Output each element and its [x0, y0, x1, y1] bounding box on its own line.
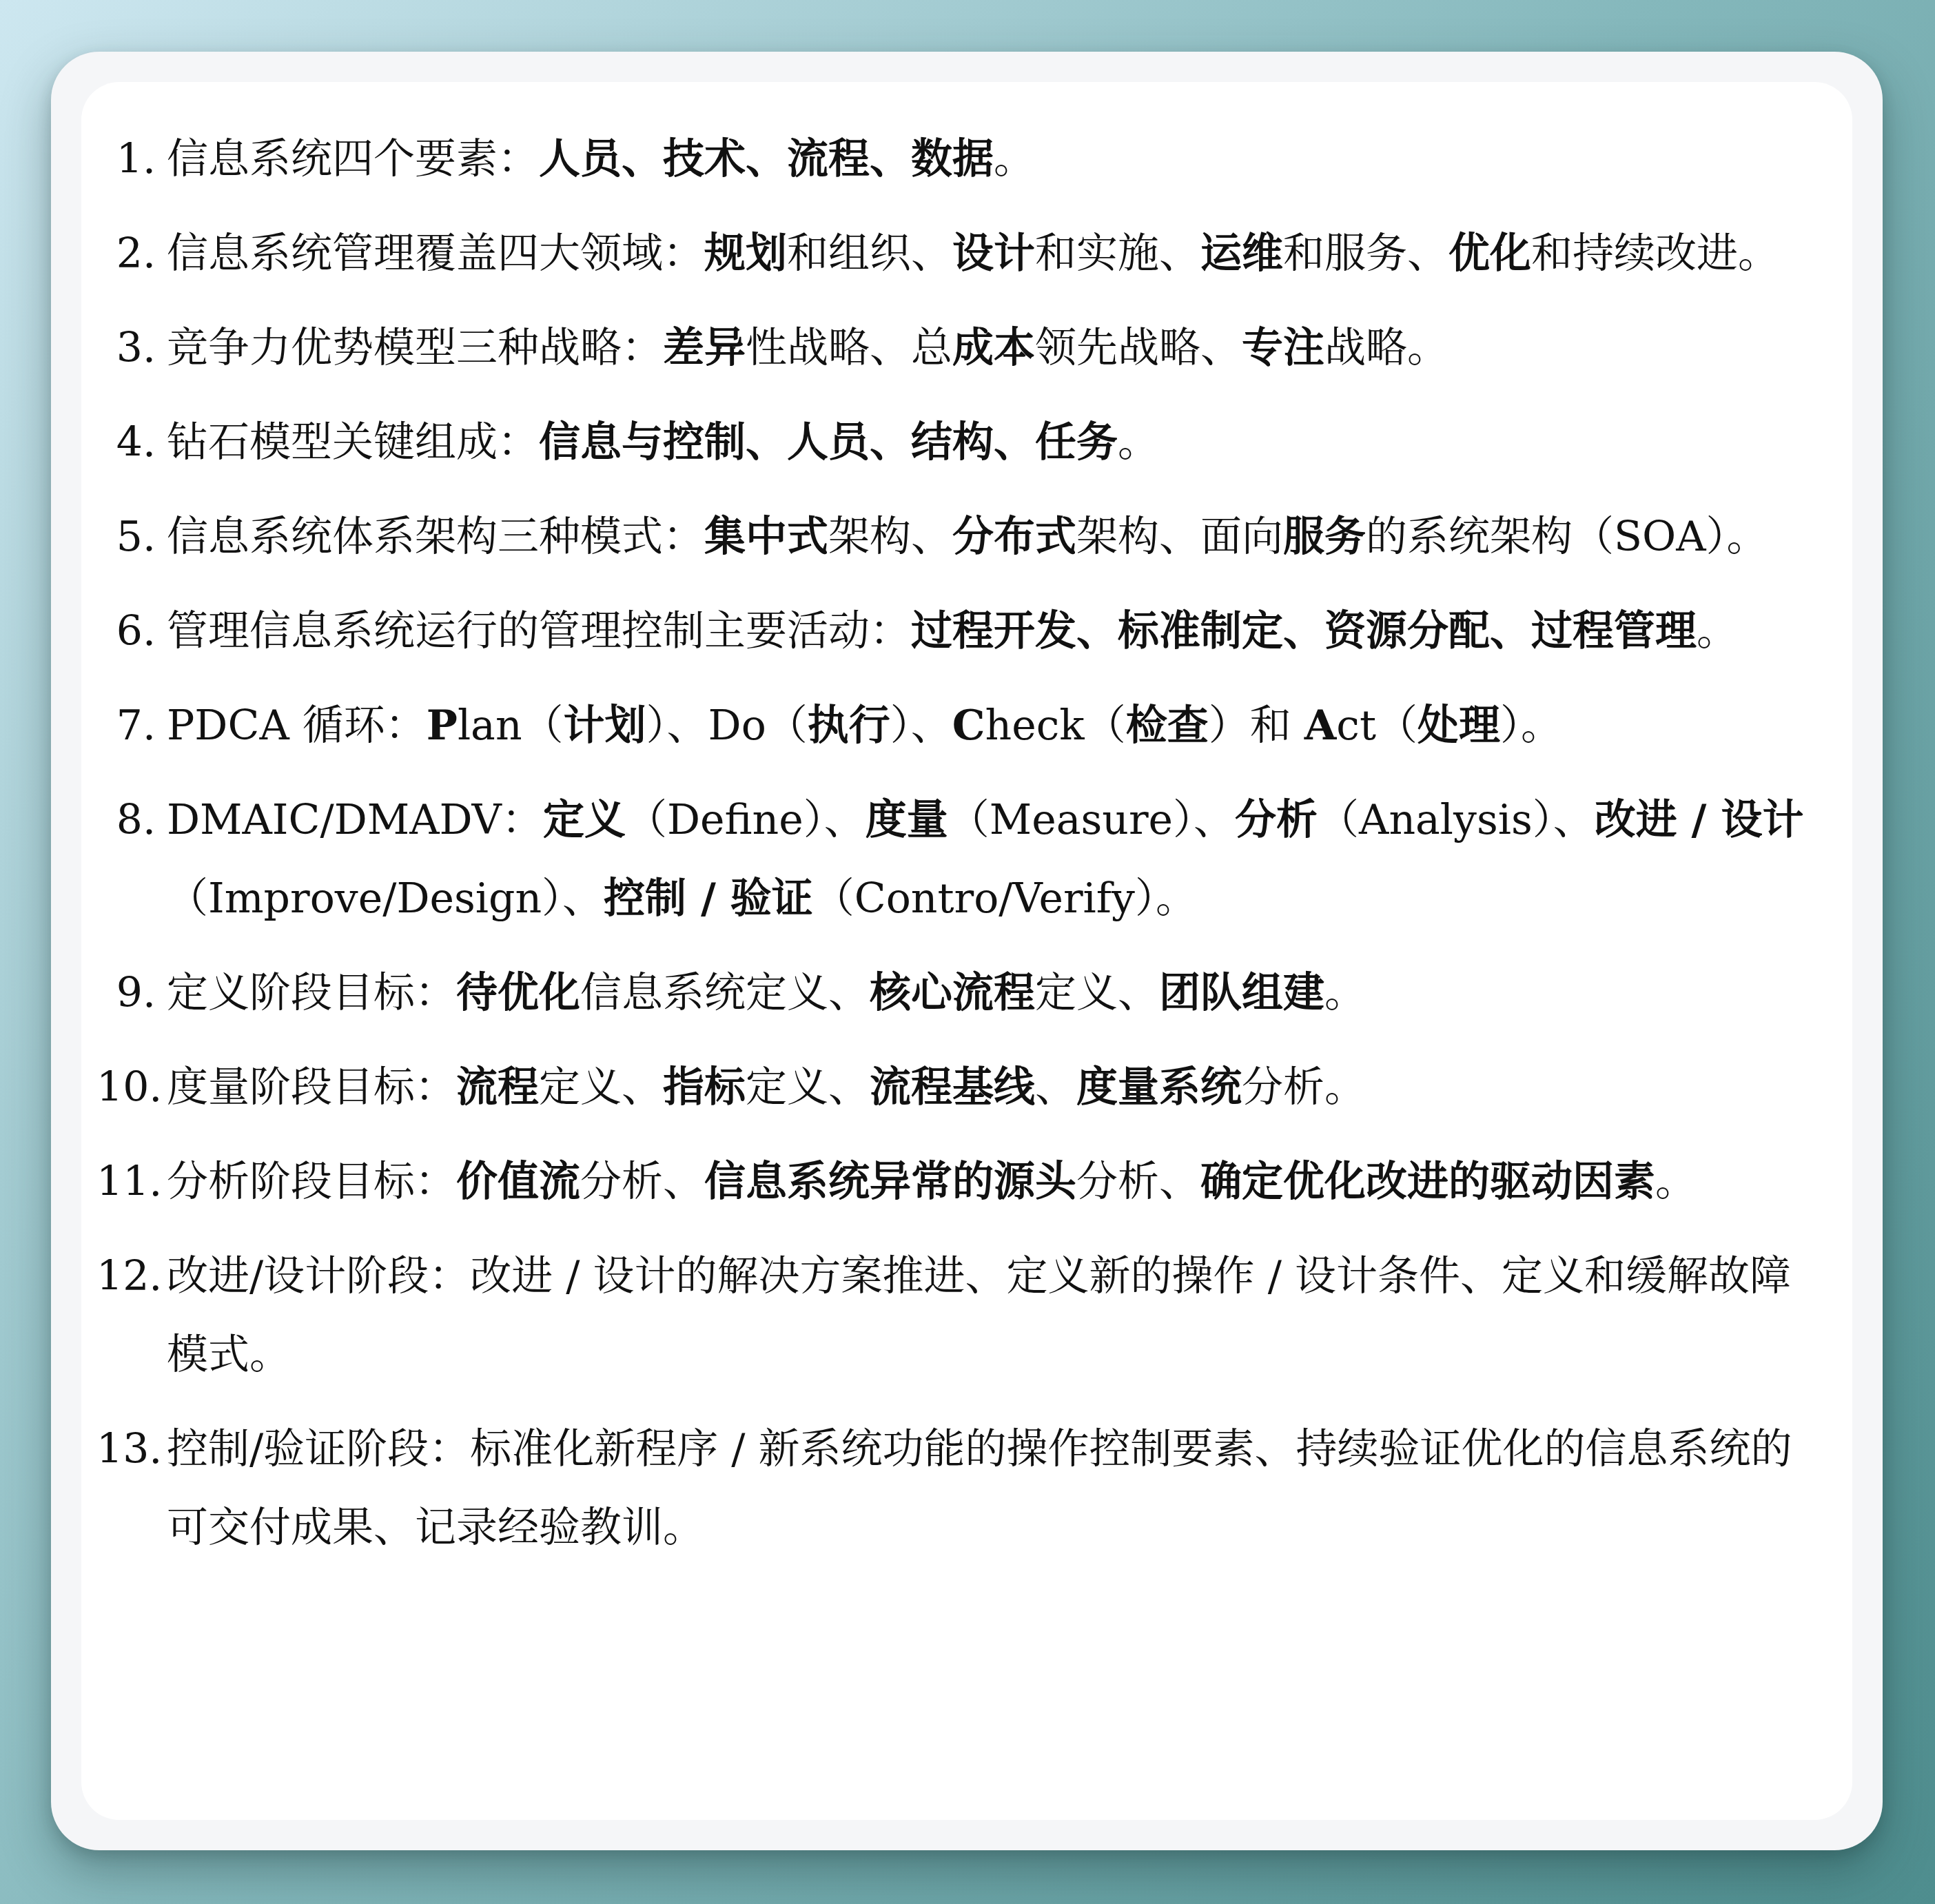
text-segment: 和实施、 — [1035, 229, 1200, 278]
notes-panel: 1.信息系统四个要素：人员、技术、流程、数据。2.信息系统管理覆盖四大领域：规划… — [81, 82, 1852, 1820]
text-segment: 分析阶段目标： — [167, 1158, 456, 1206]
text-segment: 。 — [1118, 418, 1159, 467]
text-segment: heck（ — [985, 702, 1126, 750]
text-segment-bold: 团队组建 — [1159, 969, 1324, 1017]
text-segment: DMAIC/DMADV： — [167, 796, 543, 844]
item-number: 2. — [96, 214, 156, 293]
text-segment-bold: A — [1304, 702, 1337, 750]
text-segment: 的系统架构（SOA）。 — [1366, 513, 1768, 561]
list-item: 2.信息系统管理覆盖四大领域：规划和组织、设计和实施、运维和服务、优化和持续改进… — [96, 214, 1819, 293]
text-segment-bold: 信息系统异常的源头 — [704, 1158, 1076, 1206]
item-text: 定义阶段目标：待优化信息系统定义、核心流程定义、团队组建。 — [167, 954, 1819, 1032]
text-segment: 信息系统管理覆盖四大领域： — [167, 229, 704, 278]
text-segment: 钻石模型关键组成： — [167, 418, 539, 467]
text-segment: 信息系统四个要素： — [167, 135, 539, 183]
text-segment-bold: 价值流 — [456, 1158, 580, 1206]
list-item: 12.改进/设计阶段：改进 / 设计的解决方案推进、定义新的操作 / 设计条件、… — [96, 1237, 1819, 1394]
text-segment: （Improve/Design）、 — [167, 874, 604, 923]
text-segment-bold: 度量系统 — [1076, 1063, 1242, 1112]
item-text: 分析阶段目标：价值流分析、信息系统异常的源头分析、确定优化改进的驱动因素。 — [167, 1143, 1819, 1221]
text-segment-bold: 优化 — [1448, 229, 1531, 278]
text-segment: 分析、 — [580, 1158, 704, 1206]
text-segment-bold: 集中式 — [704, 513, 828, 561]
text-segment-bold: 流程 — [456, 1063, 539, 1112]
text-segment: 和服务、 — [1283, 229, 1448, 278]
notes-card: 1.信息系统四个要素：人员、技术、流程、数据。2.信息系统管理覆盖四大领域：规划… — [51, 52, 1883, 1850]
item-number: 4. — [96, 403, 156, 482]
item-text: 信息系统四个要素：人员、技术、流程、数据。 — [167, 120, 1819, 198]
text-segment: 。 — [994, 135, 1035, 183]
text-segment-bold: 人员、技术、流程、数据 — [539, 135, 994, 183]
list-item: 7.PDCA 循环：Plan（计划）、Do（执行）、Check（检查）和 Act… — [96, 686, 1819, 765]
item-text: 管理信息系统运行的管理控制主要活动：过程开发、标准制定、资源分配、过程管理。 — [167, 592, 1819, 671]
list-item: 6.管理信息系统运行的管理控制主要活动：过程开发、标准制定、资源分配、过程管理。 — [96, 592, 1819, 671]
item-text: 度量阶段目标：流程定义、指标定义、流程基线、度量系统分析。 — [167, 1048, 1819, 1127]
text-segment-bold: 处理 — [1417, 702, 1500, 750]
text-segment-bold: 规划 — [704, 229, 787, 278]
text-segment: 信息系统体系架构三种模式： — [167, 513, 704, 561]
item-text: 信息系统管理覆盖四大领域：规划和组织、设计和实施、运维和服务、优化和持续改进。 — [167, 214, 1819, 293]
text-segment: ）和 — [1209, 702, 1304, 750]
text-segment-bold: 待优化 — [456, 969, 580, 1017]
list-item: 3.竞争力优势模型三种战略：差异性战略、总成本领先战略、专注战略。 — [96, 309, 1819, 387]
item-text: DMAIC/DMADV：定义（Define）、度量（Measure）、分析（An… — [167, 781, 1819, 938]
item-number: 5. — [96, 498, 156, 576]
text-segment-bold: 运维 — [1200, 229, 1283, 278]
item-number: 3. — [96, 309, 156, 387]
list-item: 11.分析阶段目标：价值流分析、信息系统异常的源头分析、确定优化改进的驱动因素。 — [96, 1143, 1819, 1221]
text-segment: 架构、 — [828, 513, 952, 561]
text-segment: PDCA 循环： — [167, 702, 427, 750]
item-text: 信息系统体系架构三种模式：集中式架构、分布式架构、面向服务的系统架构（SOA）。 — [167, 498, 1819, 576]
text-segment: （Contro/Verify）。 — [813, 874, 1197, 923]
text-segment-bold: 改进 / 设计 — [1595, 796, 1804, 844]
text-segment-bold: 分析 — [1235, 796, 1318, 844]
item-text: 竞争力优势模型三种战略：差异性战略、总成本领先战略、专注战略。 — [167, 309, 1819, 387]
text-segment-bold: 分布式 — [952, 513, 1076, 561]
text-segment: 度量阶段目标： — [167, 1063, 456, 1112]
text-segment-bold: 设计 — [952, 229, 1035, 278]
text-segment: 定义、 — [746, 1063, 870, 1112]
text-segment: 和组织、 — [787, 229, 952, 278]
text-segment-bold: 信息与控制、人员、结构、任务 — [539, 418, 1118, 467]
list-item: 4.钻石模型关键组成：信息与控制、人员、结构、任务。 — [96, 403, 1819, 482]
text-segment: 管理信息系统运行的管理控制主要活动： — [167, 607, 911, 655]
list-item: 8.DMAIC/DMADV：定义（Define）、度量（Measure）、分析（… — [96, 781, 1819, 938]
text-segment-bold: 确定优化改进的驱动因素 — [1200, 1158, 1655, 1206]
text-segment: 。 — [1324, 969, 1366, 1017]
text-segment-bold: 计划 — [564, 702, 646, 750]
text-segment-bold: 指标 — [663, 1063, 746, 1112]
text-segment: ）、 — [890, 702, 952, 750]
text-segment: ct（ — [1336, 702, 1417, 750]
text-segment: 信息系统定义、 — [580, 969, 870, 1017]
text-segment: ）。 — [1500, 702, 1562, 750]
text-segment-bold: 控制 / 验证 — [604, 874, 813, 923]
text-segment: （Measure）、 — [948, 796, 1235, 844]
list-item: 5.信息系统体系架构三种模式：集中式架构、分布式架构、面向服务的系统架构（SOA… — [96, 498, 1819, 576]
text-segment-bold: 流程基线 — [870, 1063, 1035, 1112]
text-segment: 定义、 — [1035, 969, 1159, 1017]
list-item: 9.定义阶段目标：待优化信息系统定义、核心流程定义、团队组建。 — [96, 954, 1819, 1032]
text-segment: （Analysis）、 — [1318, 796, 1595, 844]
item-number: 7. — [96, 686, 156, 765]
text-segment: 。 — [1655, 1158, 1697, 1206]
text-segment-bold: 检查 — [1126, 702, 1209, 750]
page-background: { "theme": { "background_gradient_start"… — [0, 0, 1935, 1904]
text-segment: 竞争力优势模型三种战略： — [167, 324, 663, 372]
text-segment-bold: 差异 — [663, 324, 746, 372]
text-segment: 、 — [1035, 1063, 1076, 1112]
item-number: 12. — [96, 1237, 156, 1394]
item-number: 10. — [96, 1048, 156, 1127]
item-number: 11. — [96, 1143, 156, 1221]
item-text: PDCA 循环：Plan（计划）、Do（执行）、Check（检查）和 Act（处… — [167, 686, 1819, 765]
text-segment: 分析。 — [1242, 1063, 1366, 1112]
list-item: 13.控制/验证阶段：标准化新程序 / 新系统功能的操作控制要素、持续验证优化的… — [96, 1410, 1819, 1567]
text-segment-bold: 专注 — [1242, 324, 1324, 372]
text-segment: 控制/验证阶段：标准化新程序 / 新系统功能的操作控制要素、持续验证优化的信息系… — [167, 1425, 1792, 1552]
list-item: 1.信息系统四个要素：人员、技术、流程、数据。 — [96, 120, 1819, 198]
item-text: 改进/设计阶段：改进 / 设计的解决方案推进、定义新的操作 / 设计条件、定义和… — [167, 1237, 1819, 1394]
text-segment: 定义阶段目标： — [167, 969, 456, 1017]
text-segment: 分析、 — [1076, 1158, 1200, 1206]
text-segment: 战略。 — [1324, 324, 1448, 372]
text-segment: 改进/设计阶段：改进 / 设计的解决方案推进、定义新的操作 / 设计条件、定义和… — [167, 1252, 1791, 1379]
text-segment-bold: 过程开发、标准制定、资源分配、过程管理 — [911, 607, 1697, 655]
text-segment-bold: 成本 — [952, 324, 1035, 372]
text-segment-bold: 定义 — [543, 796, 626, 844]
text-segment: 。 — [1697, 607, 1738, 655]
item-text: 控制/验证阶段：标准化新程序 / 新系统功能的操作控制要素、持续验证优化的信息系… — [167, 1410, 1819, 1567]
text-segment-bold: P — [427, 702, 458, 750]
item-text: 钻石模型关键组成：信息与控制、人员、结构、任务。 — [167, 403, 1819, 482]
item-number: 6. — [96, 592, 156, 671]
text-segment: 定义、 — [539, 1063, 663, 1112]
text-segment: （Define）、 — [626, 796, 866, 844]
text-segment: 性战略、总 — [746, 324, 952, 372]
text-segment: 架构、面向 — [1076, 513, 1283, 561]
item-number: 1. — [96, 120, 156, 198]
text-segment-bold: 服务 — [1283, 513, 1366, 561]
text-segment: lan（ — [458, 702, 564, 750]
item-number: 13. — [96, 1410, 156, 1567]
text-segment: 领先战略、 — [1035, 324, 1242, 372]
text-segment: ）、Do（ — [646, 702, 808, 750]
notes-list: 1.信息系统四个要素：人员、技术、流程、数据。2.信息系统管理覆盖四大领域：规划… — [96, 120, 1819, 1567]
text-segment-bold: 执行 — [808, 702, 890, 750]
text-segment: 和持续改进。 — [1531, 229, 1779, 278]
list-item: 10.度量阶段目标：流程定义、指标定义、流程基线、度量系统分析。 — [96, 1048, 1819, 1127]
item-number: 8. — [96, 781, 156, 938]
text-segment-bold: 核心流程 — [870, 969, 1035, 1017]
item-number: 9. — [96, 954, 156, 1032]
text-segment-bold: C — [952, 702, 985, 750]
text-segment-bold: 度量 — [866, 796, 948, 844]
